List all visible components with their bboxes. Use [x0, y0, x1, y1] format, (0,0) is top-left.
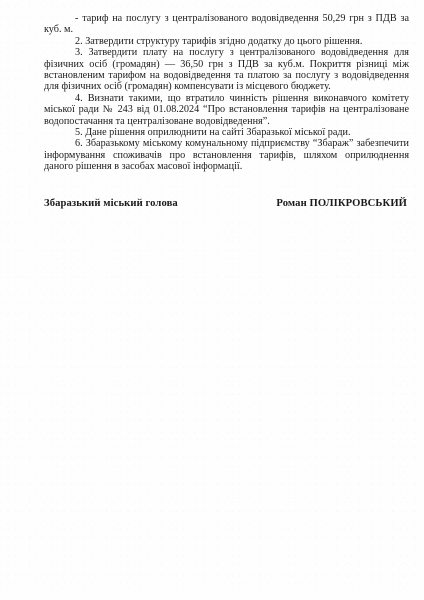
clause-6-paragraph: 6. Збаразькому міському комунальному під… — [44, 138, 409, 172]
signature-row: Збаразький міський голова Роман ПОЛІКРОВ… — [44, 198, 409, 209]
signatory-name: Роман ПОЛІКРОВСЬКИЙ — [276, 198, 409, 209]
clause-3-paragraph: 3. Затвердити плату на послугу з централ… — [44, 47, 409, 93]
document-page: - тариф на послугу з централізованого во… — [0, 0, 424, 600]
clause-5-paragraph: 5. Дане рішення оприлюднити на сайті Зба… — [44, 127, 409, 138]
tariff-item-paragraph: - тариф на послугу з централізованого во… — [44, 13, 409, 36]
clause-4-paragraph: 4. Визнати такими, що втратило чинність … — [44, 93, 409, 127]
clause-2-paragraph: 2. Затвердити структуру тарифів згідно д… — [44, 36, 409, 47]
document-body: - тариф на послугу з централізованого во… — [44, 13, 409, 173]
signatory-title: Збаразький міський голова — [44, 198, 178, 209]
